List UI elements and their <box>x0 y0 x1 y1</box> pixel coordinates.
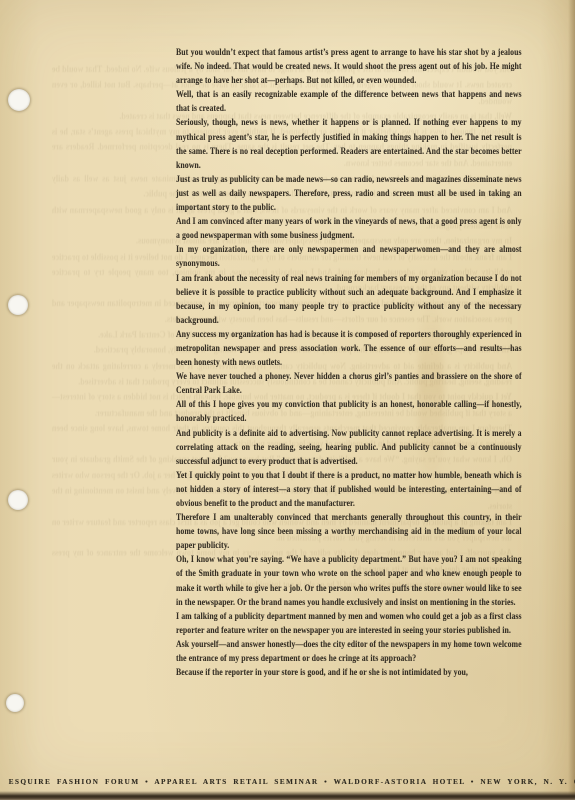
punch-hole <box>8 490 28 510</box>
punch-hole <box>8 295 28 315</box>
paragraph: Just as truly as publicity can be made n… <box>176 173 522 215</box>
paragraph: I am talking of a publicity department m… <box>176 610 522 638</box>
paragraph: Ask yourself—and answer honestly—does th… <box>176 638 522 666</box>
paragraph: But you wouldn’t expect that famous arti… <box>176 46 522 88</box>
paragraph: Because if the reporter in your store is… <box>176 666 522 680</box>
paragraph: Yet I quickly point to you that I doubt … <box>176 469 522 511</box>
paragraph: We have never touched a phoney. Never hi… <box>176 370 522 398</box>
scanned-page: But you wouldn’t expect that famous arti… <box>0 0 575 800</box>
paragraph: And publicity is a definite aid to adver… <box>176 427 522 469</box>
paragraph: Well, that is an easily recognizable exa… <box>176 88 522 116</box>
page-right-edge-shadow <box>568 0 575 800</box>
paragraph: Seriously, though, news is news, whether… <box>176 116 522 172</box>
body-text: But you wouldn’t expect that famous arti… <box>176 46 522 680</box>
paragraph: I am frank about the necessity of real n… <box>176 272 522 328</box>
paragraph: Any success my organization has had is b… <box>176 328 522 370</box>
paragraph: In my organization, there are only newsp… <box>176 243 522 271</box>
paragraph: Oh, I know what you’re saying. “We have … <box>176 553 522 609</box>
punch-hole <box>6 694 24 712</box>
paragraph: And I am convinced after many years of w… <box>176 215 522 243</box>
scanner-bottom-edge <box>0 791 575 800</box>
paragraph: Therefore I am unalterably convinced tha… <box>176 511 522 553</box>
paragraph: All of this I hope gives you my convicti… <box>176 398 522 426</box>
footer-line: ESQUIRE FASHION FORUM • APPAREL ARTS RET… <box>9 777 567 786</box>
punch-hole <box>8 89 30 111</box>
